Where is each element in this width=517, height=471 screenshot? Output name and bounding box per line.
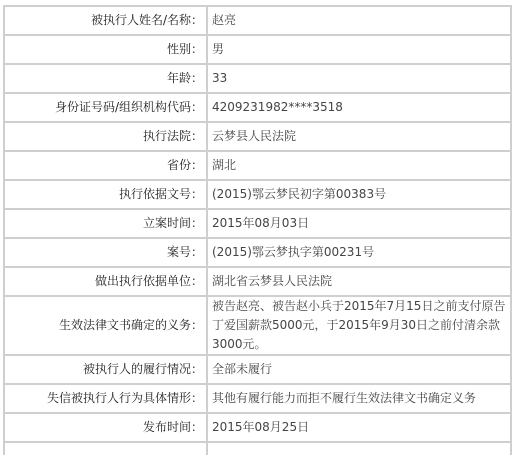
row-province: 省份： 湖北 [4, 151, 511, 180]
row-obligation: 生效法律文书确定的义务： 被告赵亮、被告赵小兵于2015年7月15日之前支付原告… [4, 296, 511, 355]
row-id-number: 身份证号码/组织机构代码： 4209231982****3518 [4, 93, 511, 122]
label-filing-date: 立案时间： [4, 209, 207, 238]
value-case-number: (2015)鄂云梦执字第00231号 [207, 238, 511, 267]
row-performance-status: 被执行人的履行情况： 全部未履行 [4, 355, 511, 384]
row-case-number: 案号： (2015)鄂云梦执字第00231号 [4, 238, 511, 267]
label-debtor-name: 被执行人姓名/名称： [4, 6, 207, 35]
label-province: 省份： [4, 151, 207, 180]
row-publish-date: 发布时间： 2015年08月25日 [4, 413, 511, 442]
value-age: 33 [207, 64, 511, 93]
value-filing-date: 2015年08月03日 [207, 209, 511, 238]
label-gender: 性别： [4, 35, 207, 64]
row-executing-court: 执行法院： 云梦县人民法院 [4, 122, 511, 151]
row-dishonest-behavior: 失信被执行人行为具体情形： 其他有履行能力而拒不履行生效法律文书确定义务 [4, 384, 511, 413]
value-performance-status: 全部未履行 [207, 355, 511, 384]
label-publish-date: 发布时间： [4, 413, 207, 442]
dishonest-debtor-record: 被执行人姓名/名称： 赵亮 性别： 男 年龄： 33 身份证号码/组织机构代码：… [3, 5, 512, 455]
value-id-number: 4209231982****3518 [207, 93, 511, 122]
label-obligation: 生效法律文书确定的义务： [4, 296, 207, 355]
value-publish-date: 2015年08月25日 [207, 413, 511, 442]
label-dishonest-behavior: 失信被执行人行为具体情形： [4, 384, 207, 413]
label-age: 年龄： [4, 64, 207, 93]
value-province: 湖北 [207, 151, 511, 180]
value-dishonest-behavior: 其他有履行能力而拒不履行生效法律文书确定义务 [207, 384, 511, 413]
label-case-number: 案号： [4, 238, 207, 267]
label-issuing-unit: 做出执行依据单位： [4, 267, 207, 296]
value-obligation: 被告赵亮、被告赵小兵于2015年7月15日之前支付原告丁爱国薪款5000元，于2… [207, 296, 511, 355]
row-basis-document-number: 执行依据文号： (2015)鄂云梦民初字第00383号 [4, 180, 511, 209]
value-trailing [207, 442, 511, 455]
label-basis-document-number: 执行依据文号： [4, 180, 207, 209]
label-id-number: 身份证号码/组织机构代码： [4, 93, 207, 122]
row-issuing-unit: 做出执行依据单位： 湖北省云梦县人民法院 [4, 267, 511, 296]
value-debtor-name: 赵亮 [207, 6, 511, 35]
value-gender: 男 [207, 35, 511, 64]
value-executing-court: 云梦县人民法院 [207, 122, 511, 151]
label-trailing [4, 442, 207, 455]
row-debtor-name: 被执行人姓名/名称： 赵亮 [4, 6, 511, 35]
row-trailing [4, 442, 511, 455]
row-gender: 性别： 男 [4, 35, 511, 64]
row-filing-date: 立案时间： 2015年08月03日 [4, 209, 511, 238]
row-age: 年龄： 33 [4, 64, 511, 93]
value-basis-document-number: (2015)鄂云梦民初字第00383号 [207, 180, 511, 209]
label-executing-court: 执行法院： [4, 122, 207, 151]
record-table: 被执行人姓名/名称： 赵亮 性别： 男 年龄： 33 身份证号码/组织机构代码：… [3, 5, 512, 455]
label-performance-status: 被执行人的履行情况： [4, 355, 207, 384]
value-issuing-unit: 湖北省云梦县人民法院 [207, 267, 511, 296]
